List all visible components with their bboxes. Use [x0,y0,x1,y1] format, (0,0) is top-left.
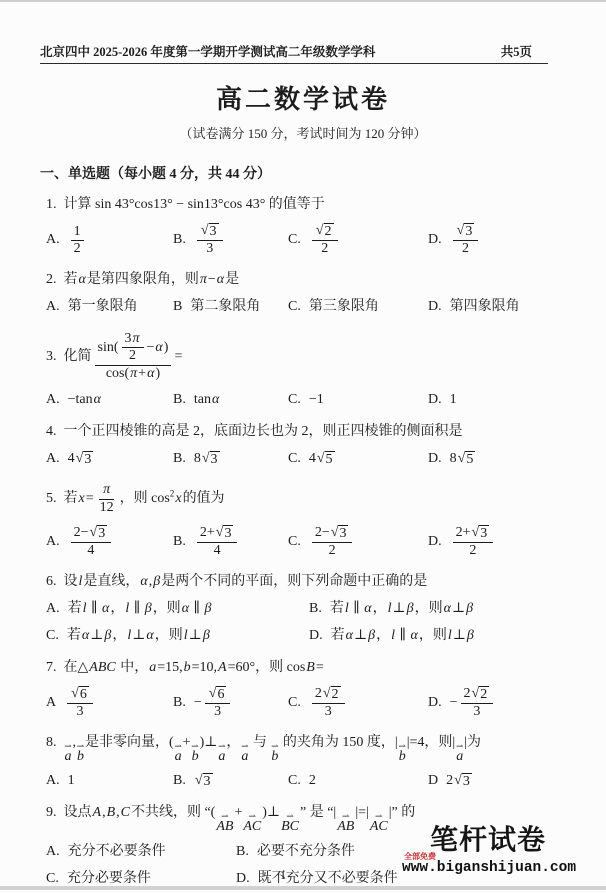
math-var: α [181,599,190,619]
math-fraction: 2√23 [312,686,345,720]
math-var: AC [242,819,262,834]
math-var: β [465,599,474,619]
scan-top-edge [0,0,606,2]
question-number: 5. [46,491,57,506]
question-1: 1.计算 sin 43°cos13° − sin13°cos 43° 的值等于A… [46,195,586,258]
math-var: α [216,272,225,287]
option-label: D. [428,532,442,552]
option-label: D [428,771,438,791]
math-fraction: √32 [453,223,479,257]
math-var: b [76,749,85,764]
option-label: C. [288,532,301,552]
math-vector: ⇀b [191,743,200,764]
math-var: α [211,390,220,410]
math-fraction: √22 [312,223,338,257]
question-2: 2.若α是第四象限角，则π−α是A.第一象限角B第二象限角C.第三象限角D.第四… [46,270,586,317]
question-number: 8. [46,735,57,750]
math-var: α [345,626,354,646]
math-var: π [199,272,208,287]
question-stem: 6.设l是直线，α,β是两个不同的平面，则下列命题中正确的是 [46,574,427,589]
math-var: a [217,749,226,764]
question-list: 1.计算 sin 43°cos13° − sin13°cos 43° 的值等于A… [46,195,586,889]
math-vector: ⇀AB [215,813,234,834]
math-var: α [363,599,372,619]
math-var: α [78,272,87,287]
math-var: β [367,626,376,646]
option-D: D.8√5 [428,449,586,469]
math-fraction: √63 [67,686,93,720]
math-sqrt: √5 [458,451,476,468]
option-A: A.−tanα [46,390,173,410]
math-sqrt: √2 [472,686,490,703]
math-fraction: 2√23 [461,686,494,720]
math-var: A [92,805,103,820]
math-vector: ⇀AC [369,813,389,834]
math-var: α [443,599,452,619]
math-sqrt: √3 [472,525,490,542]
option-D: D.2+√32 [428,524,586,560]
watermark: 笔杆试卷 全部免费 www.biganshijuan.com [402,824,602,878]
option-row: A√63B.−√63C.2√23D.−2√23 [46,685,586,721]
math-var: b [191,749,200,764]
math-fraction: 2+√32 [453,525,494,559]
option-label: C. [288,390,301,410]
math-sqrt: √3 [454,773,472,790]
page-title: 高二数学试卷 [0,79,606,116]
math-fraction: 2−√34 [71,525,112,559]
math-var: β [204,599,213,619]
option-label: C. [288,771,301,791]
option-label: B. [173,449,186,469]
math-var: π [102,482,111,498]
math-var: a [455,749,464,764]
scan-bottom-edge [0,886,606,890]
math-var: β [152,574,161,589]
option-B: B.8√3 [173,449,288,469]
option-row: C.若α⊥β，l⊥α，则l⊥βD.若α⊥β，l ∥ α，则l⊥β [46,626,586,646]
option-C: C.2−√32 [288,524,428,560]
math-var: α [146,366,155,382]
option-D: D.第四象限角 [428,297,586,317]
option-label: C. [288,449,301,469]
question-number: 6. [46,574,57,589]
math-vector: ⇀a [455,743,464,764]
math-sqrt: √3 [331,525,349,542]
question-stem: 7.在△ABC 中，a=15,b=10,A=60°，则 cosB= [46,660,324,675]
option-B: B.−√63 [173,685,288,721]
math-sqrt: √3 [76,451,94,468]
math-var: β [406,599,415,619]
question-number: 2. [46,272,57,287]
option-A: A.1 [46,771,173,791]
math-sqrt: √3 [90,525,108,542]
option-row: A.1B.√3C.2D2√3 [46,771,586,791]
option-C: C.2√23 [288,685,428,721]
math-sqrt: √6 [209,686,227,703]
option-label: A [46,693,56,713]
option-label: D. [428,390,442,410]
option-D: D.1 [428,390,586,410]
math-var: ABC [88,660,116,675]
question-4: 4.一个正四棱锥的高是 2，底面边长也为 2，则正四棱锥的侧面积是A.4√3B.… [46,422,586,469]
option-label: B. [173,390,186,410]
math-sqrt: √2 [316,223,334,240]
page-header: 北京四中 2025-2026 年度第一学期开学测试高二年级数学学科 共5页 [40,42,548,64]
math-sqrt: √2 [323,686,341,703]
math-vector: ⇀a [64,743,73,764]
math-sqrt: √3 [216,525,234,542]
option-label: B. [236,842,249,862]
question-8: 8.⇀a,⇀b是非零向量，(⇀a+⇀b)⊥⇀a，⇀a 与 ⇀b 的夹角为 150… [46,733,586,791]
question-stem: 2.若α是第四象限角，则π−α是 [46,272,239,287]
math-var: β [202,626,211,646]
math-vector: ⇀b [398,743,407,764]
option-label: C. [288,230,301,250]
math-var: A [217,660,228,675]
math-sqrt: √3 [195,773,213,790]
option-B: B.若l ∥ α，l⊥β，则α⊥β [309,599,586,619]
watermark-tagline: 全部免费 [404,851,436,862]
option-A: A.12 [46,223,173,258]
option-A: A.4√3 [46,449,173,469]
question-3: 3.化简sin(3π2−α)cos(π+α)=A.−tanαB.tanαC.−1… [46,329,586,410]
option-D: D.−2√23 [428,685,586,721]
math-var: β [466,626,475,646]
option-label: A. [46,599,60,619]
math-var: a [64,749,73,764]
header-page-count: 共5页 [501,42,548,60]
math-var: AC [369,819,389,834]
math-var: a [174,749,183,764]
question-7: 7.在△ABC 中，a=15,b=10,A=60°，则 cosB=A√63B.−… [46,658,586,721]
math-var: α [154,340,163,356]
option-label: D. [428,449,442,469]
math-var: α [145,626,154,646]
question-stem: 5.若x=π12，则 cos2x的值为 [46,491,225,506]
option-label: A. [46,297,60,317]
math-var: b [398,749,407,764]
math-var: b [270,749,279,764]
section-heading: 一、单选题（每小题 4 分，共 44 分） [40,163,606,183]
math-vector: ⇀BC [280,813,300,834]
math-var: x [174,491,182,506]
option-row: A.2−√34B.2+√34C.2−√32D.2+√32 [46,524,586,560]
option-A: A.第一象限角 [46,297,173,317]
math-fraction: √63 [205,686,231,720]
option-row: A.第一象限角B第二象限角C.第三象限角D.第四象限角 [46,297,586,317]
option-C: C.√22 [288,222,428,258]
question-stem: 3.化简sin(3π2−α)cos(π+α)= [46,349,182,364]
option-label: A. [46,230,60,250]
question-6: 6.设l是直线，α,β是两个不同的平面，则下列命题中正确的是A.若l ∥ α，l… [46,572,586,646]
math-vector: ⇀AB [336,813,355,834]
math-vector: ⇀AC [242,813,262,834]
math-fraction: √33 [197,223,223,257]
option-row: A.12B.√33C.√22D.√32 [46,222,586,258]
option-label: D. [309,626,323,646]
option-C: C.若α⊥β，l⊥α，则l⊥β [46,626,309,646]
option-B: B第二象限角 [173,297,288,317]
option-label: B. [173,532,186,552]
option-label: B. [173,771,186,791]
option-label: A. [46,449,60,469]
math-var: π [132,331,141,347]
option-label: B. [173,230,186,250]
question-number: 4. [46,424,57,439]
watermark-url-row: 全部免费 www.biganshijuan.com [402,858,602,878]
option-label: A. [46,532,60,552]
question-5: 5.若x=π12，则 cos2x的值为A.2−√34B.2+√34C.2−√32… [46,481,586,559]
page-subtitle: （试卷满分 150 分，考试时间为 120 分钟） [0,123,606,142]
math-fraction: 12 [71,224,84,257]
math-var: π [129,366,138,382]
option-A: A.充分不必要条件 [46,842,236,862]
option-label: C. [46,626,59,646]
option-B: B.√3 [173,771,288,791]
option-C: C.4√5 [288,449,428,469]
option-B: B.√33 [173,222,288,258]
question-number: 9. [46,805,57,820]
option-A: A.2−√34 [46,524,173,560]
math-var: a [148,660,157,675]
math-var: B [106,805,117,820]
option-A: A.若l ∥ α，l ∥ β，则α ∥ β [46,599,309,619]
math-sqrt: √6 [71,686,89,703]
exam-page: 北京四中 2025-2026 年度第一学期开学测试高二年级数学学科 共5页 高二… [0,0,606,893]
question-stem: 8.⇀a,⇀b是非零向量，(⇀a+⇀b)⊥⇀a，⇀a 与 ⇀b 的夹角为 150… [46,735,481,750]
math-var: AB [215,819,234,834]
option-D: D2√3 [428,771,586,791]
math-var: AB [336,819,355,834]
math-var: β [103,626,112,646]
option-label: D. [428,230,442,250]
math-sqrt: √5 [317,451,335,468]
math-var: α [410,626,419,646]
math-var: C [120,805,131,820]
math-fraction: 2+√34 [197,525,238,559]
math-fraction: sin(3π2−α)cos(π+α) [95,330,172,382]
math-var: α [139,574,148,589]
math-var: BC [280,819,300,834]
question-stem: 4.一个正四棱锥的高是 2，底面边长也为 2，则正四棱锥的侧面积是 [46,424,463,439]
math-sqrt: √3 [201,223,219,240]
math-var: x [78,491,86,506]
question-number: 3. [46,349,57,364]
option-label: B. [309,599,322,619]
math-fraction: π12 [97,482,117,515]
option-label: C. [288,297,301,317]
math-var: β [144,599,153,619]
math-var: α [101,599,110,619]
option-C: C.2 [288,771,428,791]
header-left: 北京四中 2025-2026 年度第一学期开学测试高二年级数学学科 [40,42,375,60]
option-label: A. [46,771,60,791]
math-sqrt: √3 [202,451,220,468]
math-var: a [240,749,249,764]
math-var: B [305,660,316,675]
question-stem: 1.计算 sin 43°cos13° − sin13°cos 43° 的值等于 [46,197,325,212]
math-var: α [93,390,102,410]
math-vector: ⇀b [76,743,85,764]
math-vector: ⇀a [174,743,183,764]
math-fraction: 3π2 [122,331,144,364]
option-label: A. [46,842,60,862]
math-var: b [183,660,192,675]
option-A: A√63 [46,685,173,721]
option-D: D.√32 [428,222,586,258]
option-label: D. [428,693,442,713]
option-row: A.−tanαB.tanαC.−1D.1 [46,390,586,410]
option-D: D.若α⊥β，l ∥ α，则l⊥β [309,626,586,646]
math-var: α [81,626,90,646]
option-row: A.4√3B.8√3C.4√5D.8√5 [46,449,586,469]
option-row: A.若l ∥ α，l ∥ β，则α ∥ βB.若l ∥ α，l⊥β，则α⊥β [46,599,586,619]
math-fraction: 2−√32 [312,525,353,559]
option-B: B.2+√34 [173,524,288,560]
option-label: D. [428,297,442,317]
option-C: C.−1 [288,390,428,410]
option-label: A. [46,390,60,410]
option-label: B. [173,693,186,713]
option-label: B [173,297,182,317]
watermark-url: www.biganshijuan.com [402,860,576,876]
option-label: C. [288,693,301,713]
question-stem: 9.设点A,B,C不共线，则 “(⇀AB+⇀AC)⊥⇀BC” 是 “|⇀AB|=… [46,805,415,820]
math-sqrt: √3 [457,223,475,240]
option-C: C.第三象限角 [288,297,428,317]
question-number: 7. [46,660,57,675]
question-number: 1. [46,197,57,212]
option-B: B.tanα [173,390,288,410]
